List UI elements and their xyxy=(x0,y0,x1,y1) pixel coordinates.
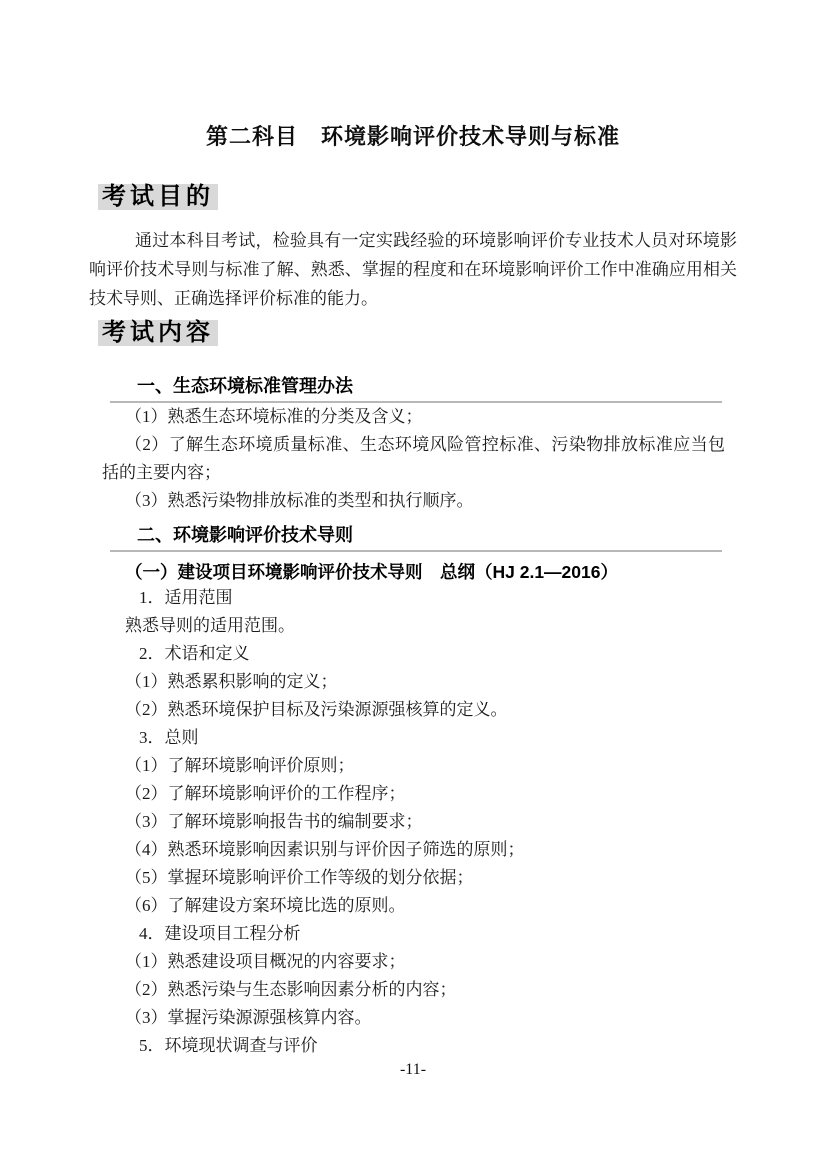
document-page: 第二科目 环境影响评价技术导则与标准 考试目的 通过本科目考试，检验具有一定实践… xyxy=(0,0,826,1169)
content-line-item: （6）了解建设方案环境比选的原则。 xyxy=(89,892,737,920)
content-line-item: （1）熟悉建设项目概况的内容要求； xyxy=(89,948,737,976)
heading-highlight: 考试内容 xyxy=(98,320,218,346)
heading-highlight: 考试目的 xyxy=(98,184,218,210)
content-line-numbered: 4．建设项目工程分析 xyxy=(89,920,737,948)
content-line-item: （5）掌握环境影响评价工作等级的划分依据； xyxy=(89,864,737,892)
content-line-item: （3）了解环境影响报告书的编制要求； xyxy=(89,808,737,836)
document-body: 第二科目 环境影响评价技术导则与标准 考试目的 通过本科目考试，检验具有一定实践… xyxy=(0,0,826,1060)
content-line-item: （2）熟悉污染与生态影响因素分析的内容； xyxy=(89,976,737,1004)
section-heading-exam-content: 考试内容 xyxy=(98,320,737,346)
part1-item: （1）熟悉生态环境标准的分类及含义； xyxy=(89,403,737,431)
subsection1-heading: （一）建设项目环境影响评价技术导则 总纲（HJ 2.1—2016） xyxy=(89,560,737,584)
content-line-numbered: 1．适用范围 xyxy=(89,584,737,612)
content-line-item: （4）熟悉环境影响因素识别与评价因子筛选的原则； xyxy=(89,836,737,864)
subsection1-lines: 1．适用范围 熟悉导则的适用范围。 2．术语和定义 （1）熟悉累积影响的定义； … xyxy=(89,584,737,1060)
page-number: -11- xyxy=(0,1060,826,1080)
content-line-numbered: 5．环境现状调查与评价 xyxy=(89,1032,737,1060)
content-line-item: （2）熟悉环境保护目标及污染源源强核算的定义。 xyxy=(89,696,737,724)
content-line-numbered: 2．术语和定义 xyxy=(89,640,737,668)
content-line-item: （1）了解环境影响评价原则； xyxy=(89,752,737,780)
part1-heading: 一、生态环境标准管理办法 xyxy=(137,376,353,396)
part1-item: （3）熟悉污染物排放标准的类型和执行顺序。 xyxy=(89,487,737,515)
content-line-item: （1）熟悉累积影响的定义； xyxy=(89,668,737,696)
content-line: 熟悉导则的适用范围。 xyxy=(89,612,737,640)
content-line-item: （2）了解环境影响评价的工作程序； xyxy=(89,780,737,808)
part1-items: （1）熟悉生态环境标准的分类及含义； （2）了解生态环境质量标准、生态环境风险管… xyxy=(89,403,737,515)
content-line-numbered: 3．总则 xyxy=(89,724,737,752)
part1-heading-rule: 一、生态环境标准管理办法 xyxy=(110,376,722,403)
page-title: 第二科目 环境影响评价技术导则与标准 xyxy=(89,0,737,152)
content-line-item: （3）掌握污染源源强核算内容。 xyxy=(89,1004,737,1032)
section-heading-exam-purpose: 考试目的 xyxy=(98,184,737,210)
part2-heading-rule: 二、环境影响评价技术导则 xyxy=(110,525,722,552)
exam-purpose-paragraph: 通过本科目考试，检验具有一定实践经验的环境影响评价专业技术人员对环境影响评价技术… xyxy=(89,226,737,313)
part1-item: （2）了解生态环境质量标准、生态环境风险管控标准、污染物排放标准应当包括的主要内… xyxy=(89,431,737,487)
part2-heading: 二、环境影响评价技术导则 xyxy=(137,525,353,545)
